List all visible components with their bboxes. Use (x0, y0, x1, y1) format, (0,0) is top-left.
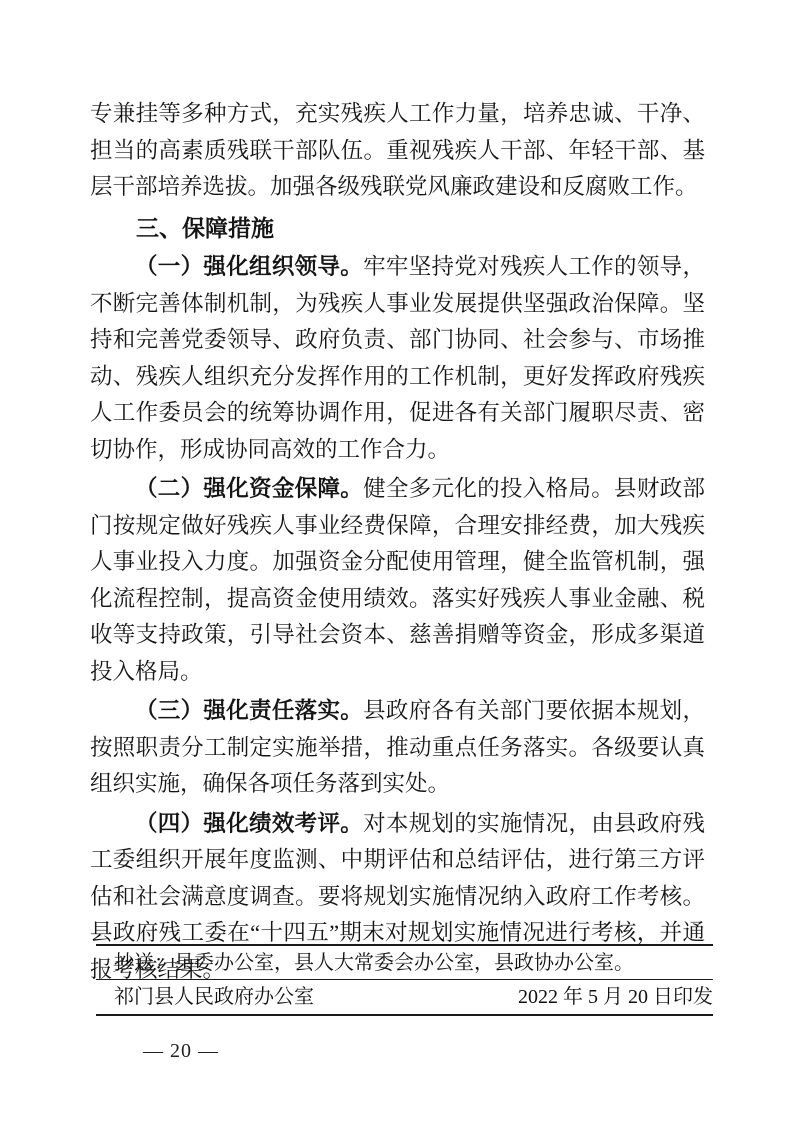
paragraph-lead: （二）强化资金保障。 (135, 476, 363, 501)
footer-copy-row: 抄送：县委办公室，县人大常委会办公室，县政协办公室。 (96, 944, 713, 980)
paragraph-lead: （四）强化绩效考评。 (135, 811, 363, 836)
paragraph-text: 牢牢坚持党对残疾人工作的领导，不断完善体制机制，为残疾人事业发展提供坚强政治保障… (90, 254, 705, 462)
footer-issuer: 祁门县人民政府办公室 (114, 985, 314, 1009)
paragraph: （二）强化资金保障。健全多元化的投入格局。县财政部门按规定做好残疾人事业经费保障… (90, 471, 705, 690)
page-number: — 20 — (143, 1040, 219, 1063)
footer-copy-line: 抄送：县委办公室，县人大常委会办公室，县政协办公室。 (114, 952, 634, 974)
paragraph: （三）强化责任落实。县政府各有关部门要依据本规划，按照职责分工制定实施举措，推动… (90, 693, 705, 803)
document-page: 专兼挂等多种方式，充实残疾人工作力量，培养忠诚、干净、担当的高素质残联干部队伍。… (0, 0, 793, 1122)
paragraph: （一）强化组织领导。牢牢坚持党对残疾人工作的领导，不断完善体制机制，为残疾人事业… (90, 249, 705, 468)
paragraph-lead: （三）强化责任落实。 (135, 698, 363, 723)
paragraph-text: 健全多元化的投入格局。县财政部门按规定做好残疾人事业经费保障，合理安排经费，加大… (90, 476, 705, 684)
footer-issue-row: 祁门县人民政府办公室 2022 年 5 月 20 日印发 (96, 980, 713, 1016)
footer-print-date: 2022 年 5 月 20 日印发 (518, 985, 713, 1009)
continuation-paragraph: 专兼挂等多种方式，充实残疾人工作力量，培养忠诚、干净、担当的高素质残联干部队伍。… (90, 96, 705, 206)
document-body: 专兼挂等多种方式，充实残疾人工作力量，培养忠诚、干净、担当的高素质残联干部队伍。… (90, 96, 705, 988)
document-footer: 抄送：县委办公室，县人大常委会办公室，县政协办公室。 祁门县人民政府办公室 20… (96, 944, 713, 1016)
paragraph-lead: （一）强化组织领导。 (135, 254, 363, 279)
section-heading: 三、保障措施 (90, 210, 705, 247)
